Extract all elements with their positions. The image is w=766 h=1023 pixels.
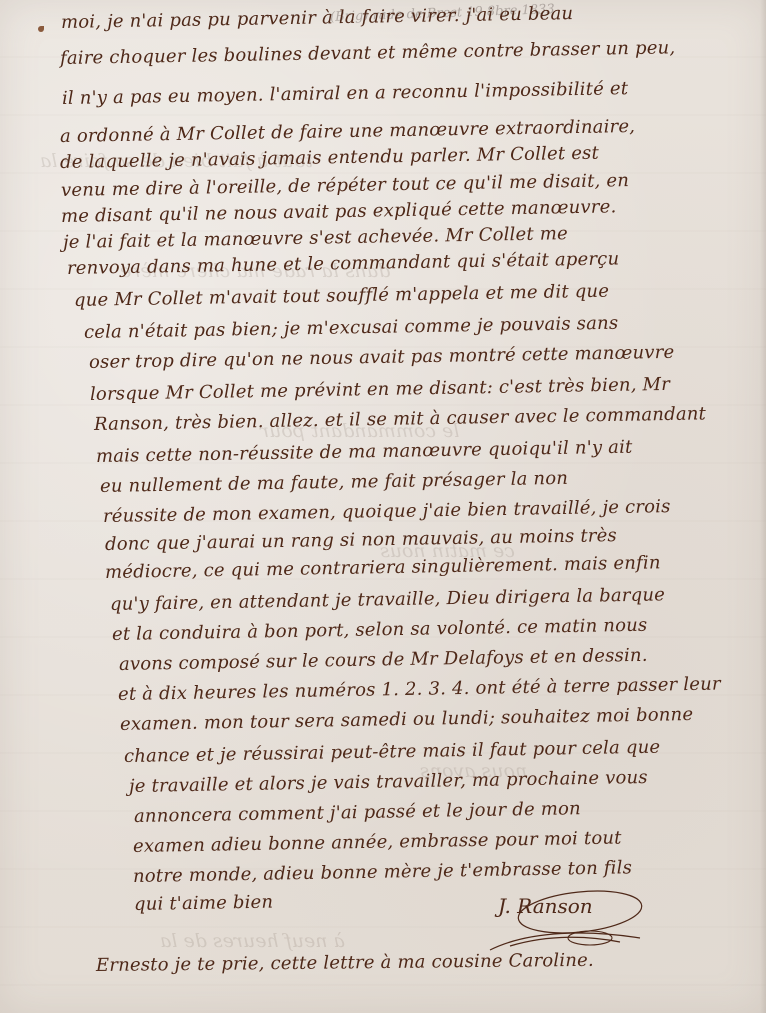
letter-line: oser trop dire qu'on ne nous avait pas m… <box>89 341 731 373</box>
letter-line: chance et je réussirai peut-être mais il… <box>124 736 696 767</box>
letter-line: et à dix heures les numéros 1. 2. 3. 4. … <box>118 674 702 705</box>
letter-line: il n'y a pas eu moyen. l'amiral en a rec… <box>62 76 758 109</box>
letter-line: faire choquer les boulines devant et mêm… <box>60 36 760 69</box>
letter-line: eu nullement de ma faute, me fait présag… <box>100 465 720 497</box>
letter-line: avons composé sur le cours de Mr Delafoy… <box>119 644 701 675</box>
signature: J. Ranson <box>470 890 640 950</box>
letter-line: médiocre, ce qui me contrariera singuliè… <box>105 551 715 583</box>
letter-line: annoncera comment j'ai passé et le jour … <box>134 796 686 827</box>
letter-line: je travaille et alors je vais travailler… <box>129 766 691 797</box>
scan-margin <box>0 1013 766 1023</box>
letter-line: examen adieu bonne année, embrasse pour … <box>133 826 687 857</box>
letter-line: mais cette non-réussite de ma manœuvre q… <box>96 435 724 467</box>
page-edge <box>760 0 766 1013</box>
letter-line: notre monde, adieu bonne mère je t'embra… <box>133 856 687 887</box>
letter-line: lorsque Mr Collet me prévint en me disan… <box>90 373 730 405</box>
letter-line: Ranson, très bien. allez. et il se mit à… <box>94 403 726 435</box>
letter-line: moi, je n'ai pas pu parvenir à la faire … <box>61 0 759 33</box>
letter-line: réussite de mon examen, quoique j'aie bi… <box>103 495 717 527</box>
letter-line: cela n'était pas bien; je m'excusai comm… <box>84 311 736 343</box>
letter-line: qu'y faire, en attendant je travaille, D… <box>110 584 710 615</box>
letter-line: que Mr Collet m'avait tout soufflé m'app… <box>74 278 746 311</box>
signature-text: J. Ranson <box>498 894 593 918</box>
letter-line: et la conduira à bon port, selon sa volo… <box>112 614 708 645</box>
ink-mark-icon <box>38 26 44 32</box>
letter-line: examen. mon tour sera samedi ou lundi; s… <box>120 704 700 735</box>
letter-page: tout à fait bien de sa faire la dans la … <box>0 0 766 1013</box>
letter-line: donc que j'aurai un rang si non mauvais,… <box>105 523 715 555</box>
